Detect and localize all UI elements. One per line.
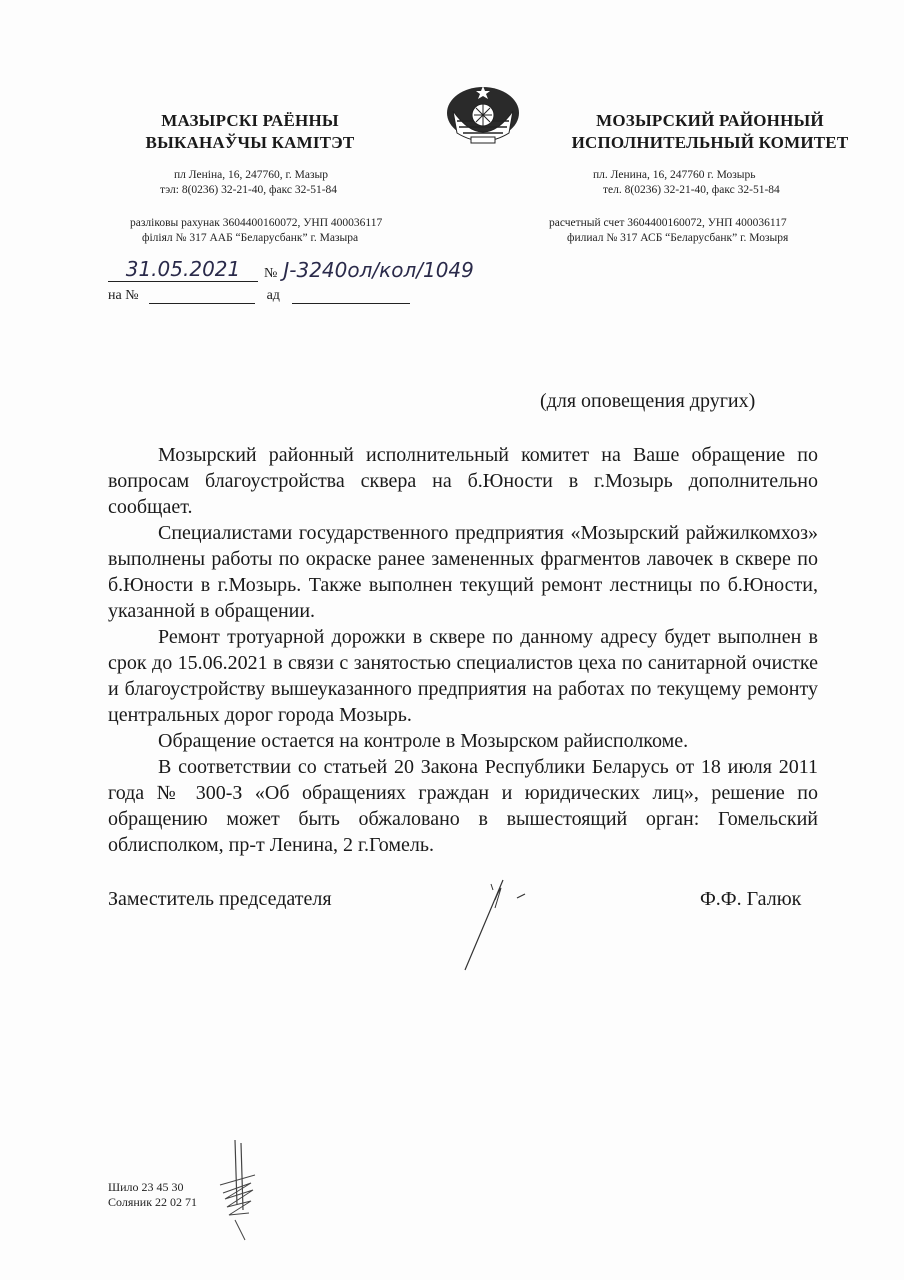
executor-1: Шило 23 45 30	[108, 1180, 197, 1195]
org-name-russian: МОЗЫРСКИЙ РАЙОННЫЙ ИСПОЛНИТЕЛЬНЫЙ КОМИТЕ…	[545, 110, 875, 154]
letter-body: Мозырский районный исполнительный комите…	[108, 442, 818, 858]
number-label: №	[264, 266, 277, 282]
paragraph-4: Обращение остается на контроле в Мозырск…	[108, 728, 818, 754]
reply-to-label: на №	[108, 288, 139, 304]
letter-number: J-3240ол/кол/1049	[283, 258, 474, 282]
paragraph-3: Ремонт тротуарной дорожки в сквере по да…	[108, 624, 818, 728]
paragraph-1: Мозырский районный исполнительный комите…	[108, 442, 818, 520]
org-name-line1: МАЗЫРСКІ РАЁННЫ	[100, 110, 400, 132]
bank-by: філіял № 317 ААБ “Беларусбанк” г. Мазыра	[130, 231, 430, 246]
executors-block: Шило 23 45 30 Соляник 22 02 71	[108, 1180, 197, 1210]
phone-by: тэл: 8(0236) 32-21-40, факс 32-51-84	[160, 183, 430, 198]
org-name-line2: ИСПОЛНИТЕЛЬНЫЙ КОМИТЕТ	[545, 132, 875, 154]
paragraph-5: В соответствии со статьей 20 Закона Респ…	[108, 754, 818, 858]
address-by: пл Леніна, 16, 247760, г. Мазыр	[160, 168, 430, 183]
executor-2: Соляник 22 02 71	[108, 1195, 197, 1210]
letterhead-left: МАЗЫРСКІ РАЁННЫ ВЫКАНАЎЧЫ КАМІТЭТ пл Лен…	[100, 110, 430, 246]
initials-icon	[215, 1135, 265, 1245]
bank-ru: филиал № 317 АСБ “Беларусбанк” г. Мозыря	[549, 231, 875, 246]
org-name-line2: ВЫКАНАЎЧЫ КАМІТЭТ	[100, 132, 400, 154]
letter-date: 31.05.2021	[108, 257, 258, 282]
signer-position: Заместитель председателя	[108, 888, 332, 911]
reply-from-label: ад	[267, 288, 280, 304]
letterhead-right: МОЗЫРСКИЙ РАЙОННЫЙ ИСПОЛНИТЕЛЬНЫЙ КОМИТЕ…	[545, 110, 875, 246]
reply-from-field	[292, 289, 410, 304]
reply-to-field	[149, 289, 255, 304]
account-by: разліковы рахунак 3604400160072, УНП 400…	[130, 216, 430, 231]
addressee: (для оповещения других)	[540, 390, 755, 413]
registration-block: 31.05.2021 № J-3240ол/кол/1049 на № ад	[108, 252, 568, 304]
account-ru: расчетный счет 3604400160072, УНП 400036…	[549, 216, 875, 231]
address-ru: пл. Ленина, 16, 247760 г. Мозырь	[593, 168, 875, 183]
org-name-line1: МОЗЫРСКИЙ РАЙОННЫЙ	[545, 110, 875, 132]
phone-ru: тел. 8(0236) 32-21-40, факс 32-51-84	[593, 183, 875, 198]
paragraph-2: Специалистами государственного предприят…	[108, 520, 818, 624]
org-name-belarusian: МАЗЫРСКІ РАЁННЫ ВЫКАНАЎЧЫ КАМІТЭТ	[100, 110, 400, 154]
coat-of-arms-icon	[443, 83, 523, 153]
signer-name: Ф.Ф. Галюк	[700, 888, 801, 911]
signature-icon	[455, 870, 555, 980]
